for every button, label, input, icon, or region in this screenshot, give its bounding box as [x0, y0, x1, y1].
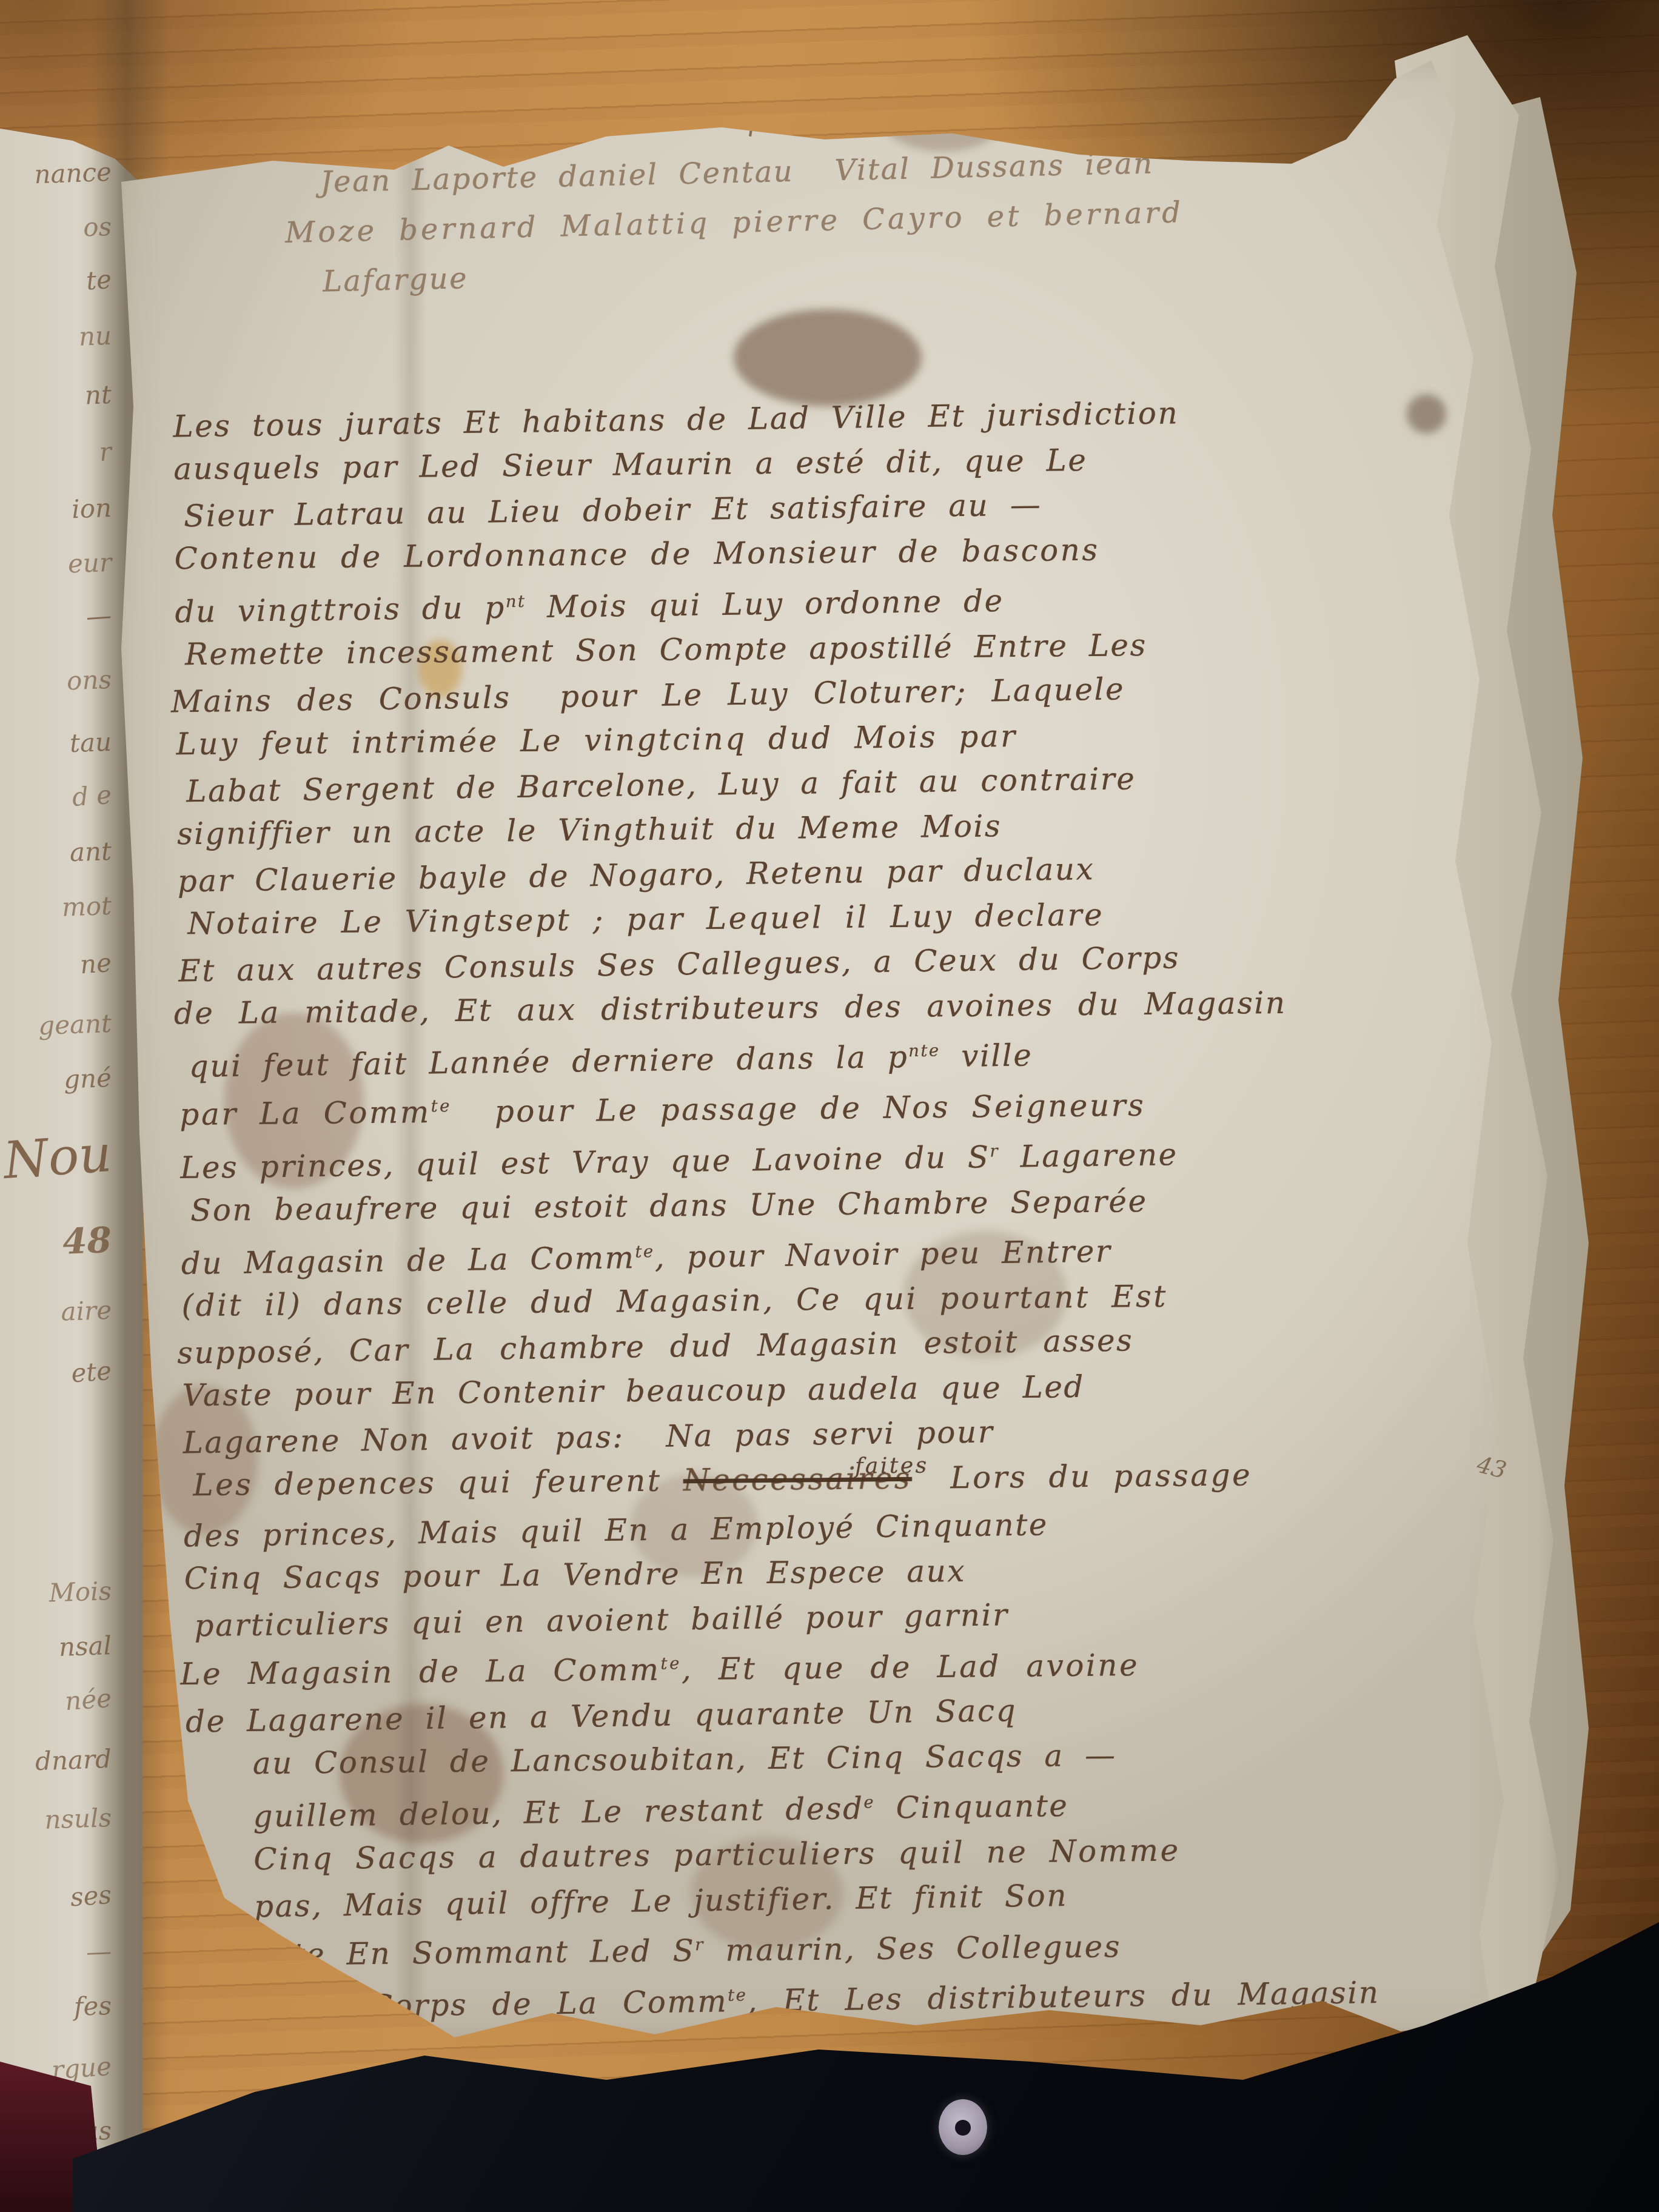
photograph-of-manuscript: nanceostenuntrioneur—onstaud eantmotnege… [0, 0, 1659, 2212]
superscript-abbreviation: e [863, 1792, 875, 1812]
inserted-word: faites [855, 1444, 929, 1489]
button-hole [955, 2120, 971, 2136]
manuscript-page: + Jean Laporte daniel Centau Vital Dussa… [79, 42, 1558, 2062]
superscript-abbreviation: r [695, 1935, 705, 1954]
superscript-abbreviation: r [990, 1141, 999, 1161]
superscript-abbreviation: te [660, 1654, 682, 1674]
manuscript-body-text: Les tous jurats Et habitans de Lad Ville… [173, 389, 1492, 2028]
superscript-abbreviation: te [431, 1096, 452, 1116]
superscript-abbreviation: nt [506, 592, 526, 611]
fabric-button [939, 2099, 987, 2155]
superscript-abbreviation: te [635, 1242, 655, 1261]
superscript-abbreviation: nte [908, 1041, 940, 1061]
superscript-abbreviation: te [728, 1986, 748, 2005]
paper-stain [734, 309, 922, 406]
